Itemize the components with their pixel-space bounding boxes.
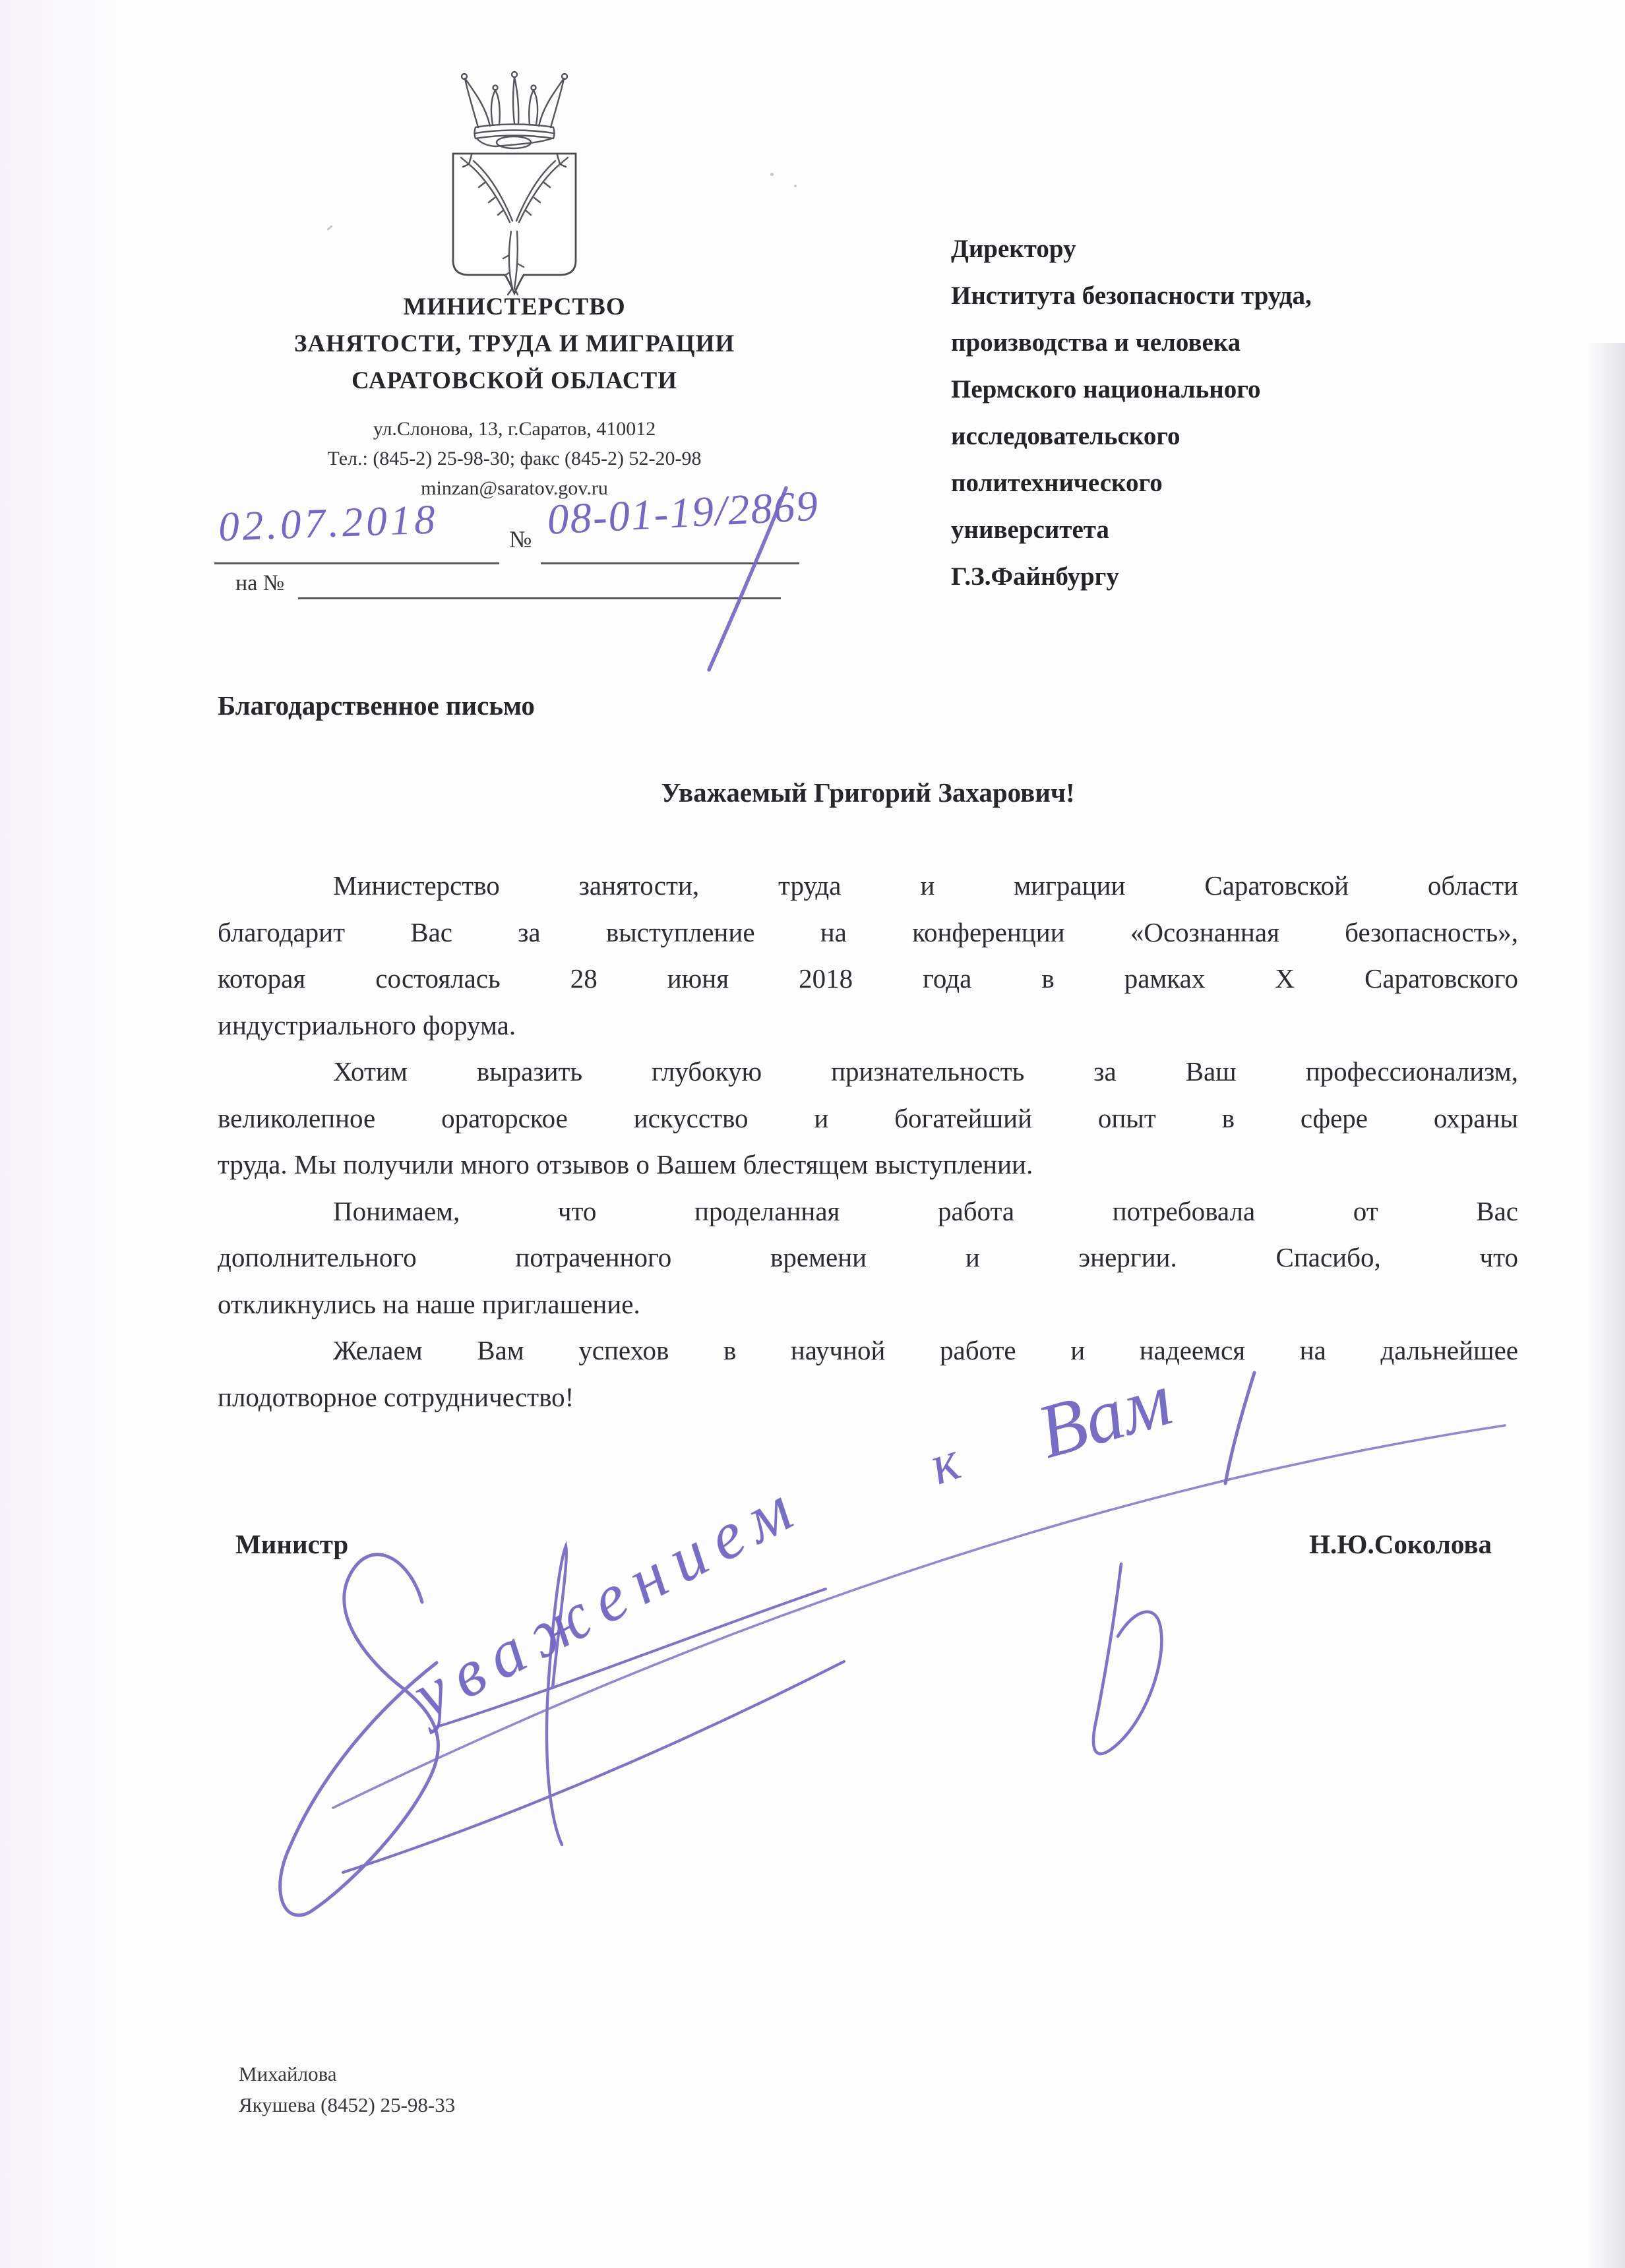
handwritten-word: к <box>922 1428 967 1497</box>
recipient-line: Пермского национального <box>951 366 1617 413</box>
ministry-name-line: МИНИСТЕРСТВО <box>224 289 805 326</box>
salutation: Уважаемый Григорий Захарович! <box>218 777 1518 808</box>
executor-name: Михайлова <box>239 2058 455 2089</box>
body-line: труда. Мы получили много отзывов о Вашем… <box>218 1141 1518 1188</box>
handwritten-word: уважением <box>396 1466 814 1735</box>
ministry-name-line: САРАТОВСКОЙ ОБЛАСТИ <box>224 363 805 400</box>
body-line: благодарит Вас за выступление на конфере… <box>218 909 1518 956</box>
letter-body: Министерство занятости, труда и миграции… <box>218 862 1518 1420</box>
recipient-line: политехнического <box>951 460 1617 506</box>
handwritten-date: 02.07.2018 <box>218 495 439 551</box>
saratov-coat-of-arms-icon <box>432 63 597 297</box>
recipient-line: исследовательского <box>951 413 1617 460</box>
address-line: ул.Слонова, 13, г.Саратов, 410012 <box>224 414 805 444</box>
number-underline <box>541 562 799 564</box>
scan-speck <box>794 185 797 187</box>
signer-name: Н.Ю.Соколова <box>1225 1528 1492 1560</box>
ministry-name-line: ЗАНЯТОСТИ, ТРУДА И МИГРАЦИИ <box>224 326 805 363</box>
footer-executors: Михайлова Якушева (8452) 25-98-33 <box>239 2058 455 2120</box>
body-line: Хотим выразить глубокую признательность … <box>218 1048 1518 1095</box>
scan-shade-right <box>1585 343 1625 2268</box>
executor-contact: Якушева (8452) 25-98-33 <box>239 2089 455 2120</box>
scan-shade-left <box>0 0 125 2268</box>
body-line: Понимаем, что проделанная работа потребо… <box>218 1188 1518 1235</box>
body-line: дополнительного потраченного времени и э… <box>218 1234 1518 1281</box>
reply-to-label: на № <box>235 571 284 596</box>
number-label: № <box>509 525 532 553</box>
body-line: которая состоялась 28 июня 2018 года в р… <box>218 955 1518 1002</box>
body-line: Желаем Вам успехов в научной работе и на… <box>218 1327 1518 1374</box>
phone-line: Тел.: (845-2) 25-98-30; факс (845-2) 52-… <box>224 444 805 473</box>
signer-title: Министр <box>235 1528 348 1560</box>
recipient-line: Института безопасности труда, <box>951 272 1617 319</box>
recipient-line: производства и человека <box>951 319 1617 366</box>
body-line: плодотворное сотрудничество! <box>218 1374 1518 1421</box>
pen-arc <box>333 1425 1505 1808</box>
scanned-letter-page: МИНИСТЕРСТВО ЗАНЯТОСТИ, ТРУДА И МИГРАЦИИ… <box>0 0 1625 2268</box>
scan-speck <box>770 173 774 176</box>
recipient-line: университета <box>951 506 1617 553</box>
body-line: великолепное ораторское искусство и бога… <box>218 1095 1518 1142</box>
body-line: Министерство занятости, труда и миграции… <box>218 862 1518 909</box>
recipient-line: Директору <box>951 225 1617 272</box>
recipient-block: Директору Института безопасности труда, … <box>951 225 1617 600</box>
document-type-title: Благодарственное письмо <box>218 690 535 721</box>
scan-speck <box>326 225 333 231</box>
ministry-name-block: МИНИСТЕРСТВО ЗАНЯТОСТИ, ТРУДА И МИГРАЦИИ… <box>224 289 805 400</box>
body-line: откликнулись на наше приглашение. <box>218 1281 1518 1328</box>
reply-to-underline <box>298 597 781 599</box>
body-line: индустриального форума. <box>218 1002 1518 1049</box>
date-underline <box>214 562 499 564</box>
recipient-line: Г.З.Файнбургу <box>951 553 1617 600</box>
